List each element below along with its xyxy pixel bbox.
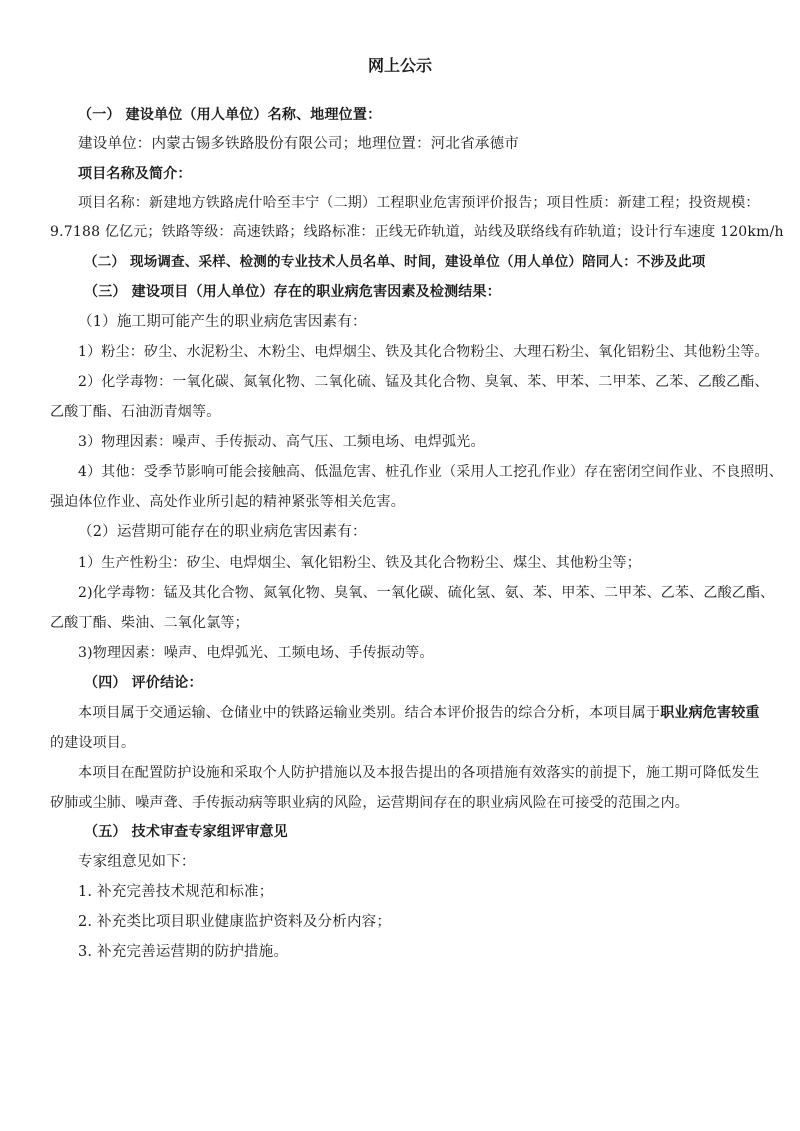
section-1-heading: （一） 建设单位（用人单位）名称、地理位置：: [78, 105, 381, 125]
expert-intro: 专家组意见如下：: [78, 852, 196, 872]
project-heading: 项目名称及简介：: [78, 164, 192, 184]
operation-item-3: 3)物理因素：噪声、电焊弧光、工频电场、手传振动等。: [78, 643, 434, 663]
project-line-2: 9.7188 亿亿元；铁路等级：高速铁路；线路标准：正线无砟轨道，站线及联络线有…: [50, 222, 784, 242]
construction-item-2b: 乙酸丁酯、石油沥青烟等。: [50, 402, 220, 422]
expert-item: 1. 补充完善技术规范和标准；: [78, 882, 273, 902]
page-title: 网上公示: [0, 53, 800, 76]
section-2-heading: （二） 现场调查、采样、检测的专业技术人员名单、时间，建设单位（用人单位）陪同人…: [84, 252, 705, 272]
section-4-heading: （四） 评价结论：: [84, 673, 203, 693]
project-line-1: 项目名称：新建地方铁路虎什哈至丰宁（二期）工程职业危害预评价报告；项目性质：新建…: [78, 193, 760, 213]
hazard-level-emphasis: 职业病危害较重: [660, 705, 759, 721]
operation-item-1: 1）生产性粉尘：矽尘、电焊烟尘、氧化铝粉尘、铁及其化合物粉尘、煤尘、其他粉尘等；: [78, 553, 641, 573]
operation-item-2a: 2)化学毒物：锰及其化合物、氮氧化物、臭氧、一氧化碳、硫化氢、氨、苯、甲苯、二甲…: [78, 583, 774, 603]
operation-item-2b: 乙酸丁酯、柴油、二氧化氯等；: [50, 613, 249, 633]
expert-item: 3. 补充完善运营期的防护措施。: [78, 942, 288, 962]
operation-label: （2）运营期可能存在的职业病危害因素有：: [78, 522, 367, 542]
construction-item-3: 3）物理因素：噪声、手传振动、高气压、工频电场、电焊弧光。: [78, 432, 485, 452]
conclusion-p2a: 本项目在配置防护设施和采取个人防护措施以及本报告提出的各项措施有效落实的前提下，…: [78, 763, 760, 783]
construction-label: （1）施工期可能产生的职业病危害因素有：: [78, 312, 367, 332]
conclusion-p2b: 矽肺或尘肺、噪声聋、手传振动病等职业病的风险，运营期间存在的职业病风险在可接受的…: [50, 793, 689, 813]
construction-item-4a: 4）其他：受季节影响可能会接触高、低温危害、桩孔作业（采用人工挖孔作业）存在密闭…: [78, 462, 783, 482]
conclusion-p1a: 本项目属于交通运输、仓储业中的铁路运输业类别。结合本评价报告的综合分析，本项目属…: [78, 703, 760, 723]
section-5-heading: （五） 技术审查专家组评审意见: [84, 822, 288, 842]
conclusion-p1b: 的建设项目。: [50, 733, 135, 753]
expert-item: 2. 补充类比项目职业健康监护资料及分析内容；: [78, 912, 391, 932]
section-3-heading: （三） 建设项目（用人单位）存在的职业病危害因素及检测结果：: [84, 282, 501, 302]
construction-item-2a: 2）化学毒物：一氧化碳、氮氧化物、二氧化硫、锰及其化合物、臭氧、苯、甲苯、二甲苯…: [78, 372, 769, 392]
conclusion-p1a-text: 本项目属于交通运输、仓储业中的铁路运输业类别。结合本评价报告的综合分析，本项目属…: [78, 705, 660, 721]
section-1-body: 建设单位：内蒙古锡多铁路股份有限公司；地理位置：河北省承德市: [78, 134, 519, 154]
construction-item-1: 1）粉尘：矽尘、水泥粉尘、木粉尘、电焊烟尘、铁及其化合物粉尘、大理石粉尘、氧化铝…: [78, 342, 769, 362]
construction-item-4b: 强迫体位作业、高处作业所引起的精神紧张等相关危害。: [50, 492, 405, 512]
